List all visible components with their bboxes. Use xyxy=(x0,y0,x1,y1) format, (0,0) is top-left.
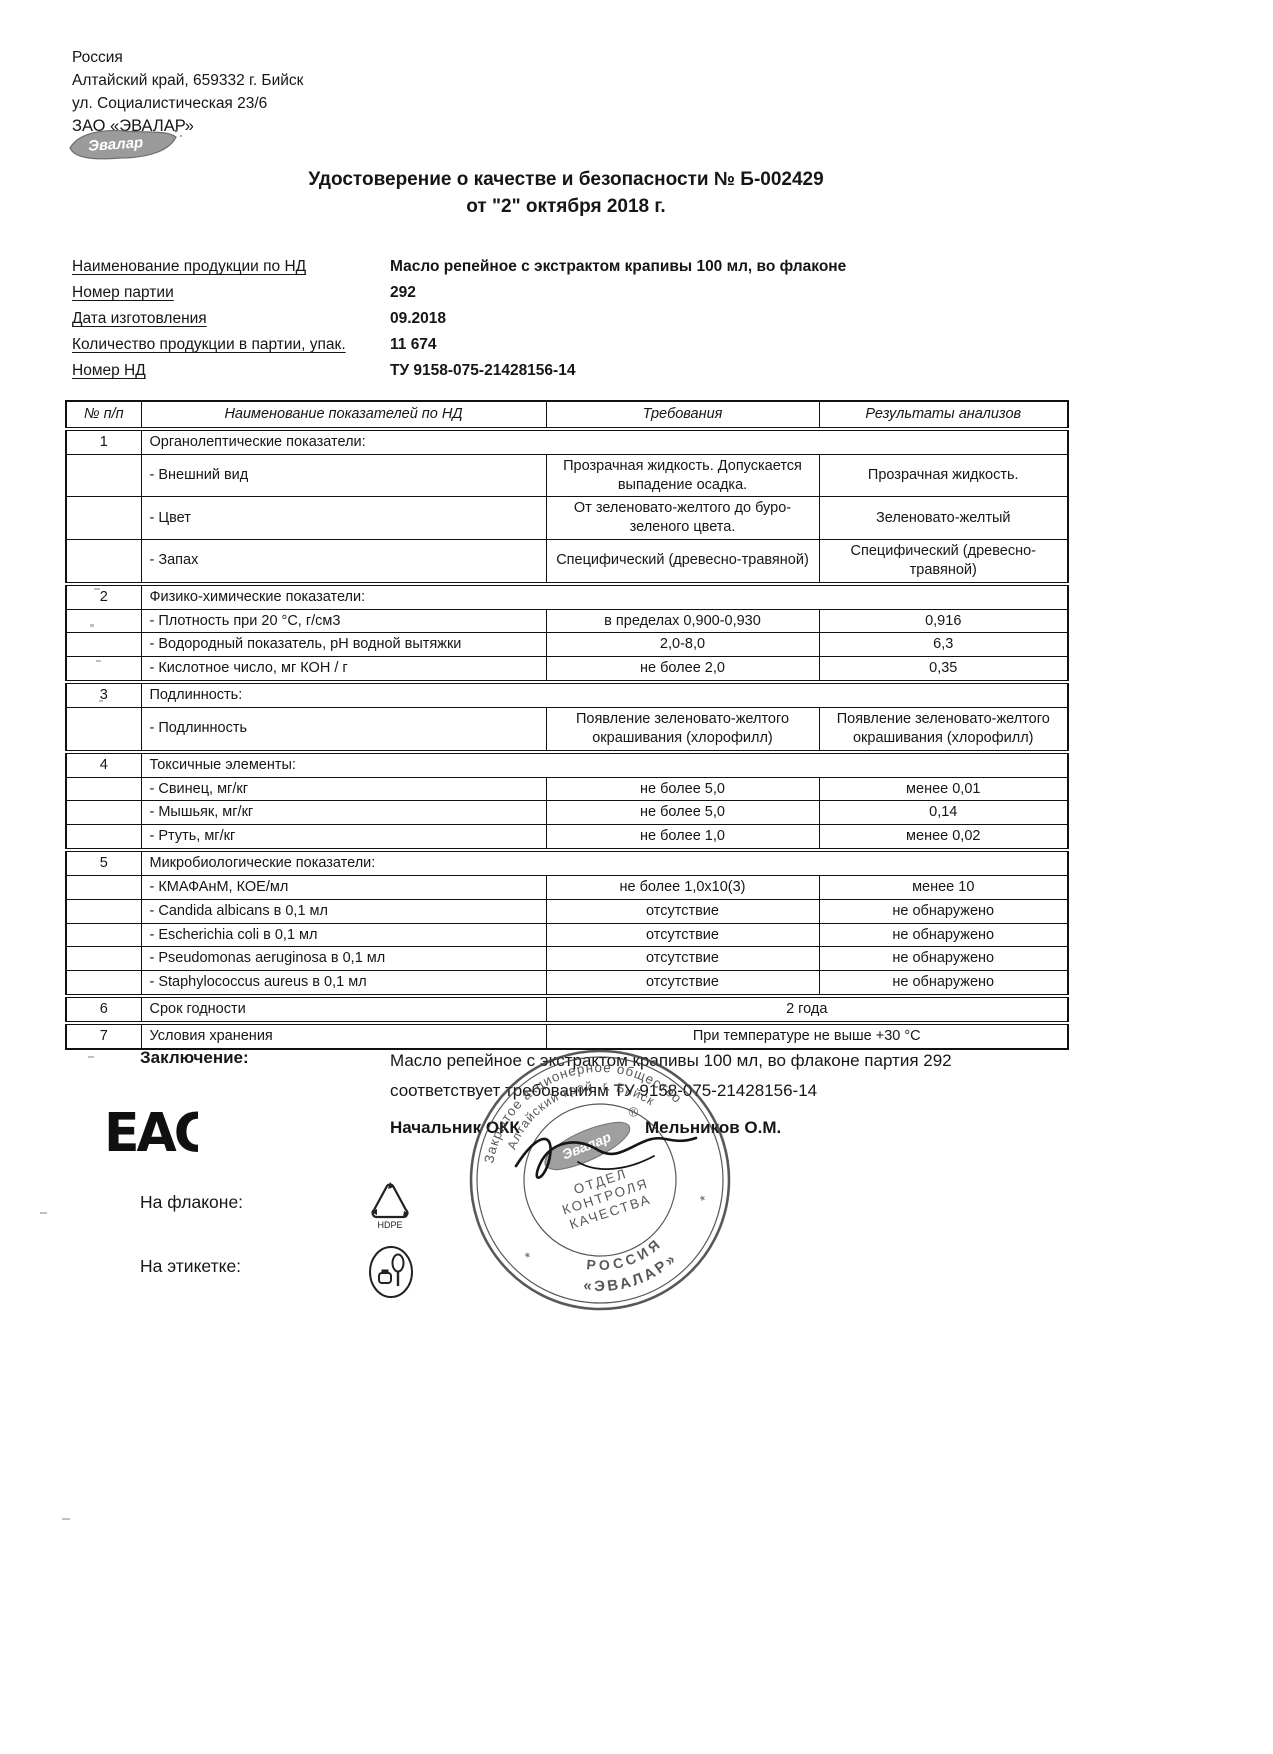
scan-artifact xyxy=(96,660,101,662)
table-section-title: Физико-химические показатели: xyxy=(141,584,1068,609)
signature-icon xyxy=(516,1138,696,1178)
table-cell-num xyxy=(66,707,141,751)
scan-artifact xyxy=(62,1518,70,1520)
table-section-row: 7Условия храненияПри температуре не выше… xyxy=(66,1023,1068,1049)
field-value: 09.2018 xyxy=(390,310,446,328)
table-cell-name: Условия хранения xyxy=(141,1023,546,1049)
field-label: Дата изготовления xyxy=(72,310,207,327)
table-header-row: № п/п Наименование показателей по НД Тре… xyxy=(66,401,1068,429)
table-cell-requirement: в пределах 0,900-0,930 xyxy=(546,609,819,633)
table-section-title: Органолептические показатели: xyxy=(141,429,1068,454)
table-cell-name: - Мышьяк, мг/кг xyxy=(141,801,546,825)
stamp-center-line: КОНТРОЛЯ xyxy=(560,1176,650,1218)
table-cell-num xyxy=(66,454,141,497)
table-cell-num: 2 xyxy=(66,584,141,609)
conclusion-line: Масло репейное с экстрактом крапивы 100 … xyxy=(390,1046,1030,1076)
scan-artifact xyxy=(94,588,100,590)
table-row: - Свинец, мг/кгне более 5,0менее 0,01 xyxy=(66,777,1068,801)
table-cell-name: - КМАФАнМ, КОЕ/мл xyxy=(141,875,546,899)
table-section-row: 4Токсичные элементы: xyxy=(66,752,1068,777)
table-row: - Staphylococcus aureus в 0,1 млотсутств… xyxy=(66,971,1068,996)
document-page: Россия Алтайский край, 659332 г. Бийск у… xyxy=(0,0,1273,1754)
table-cell-name: - Candida albicans в 0,1 мл xyxy=(141,899,546,923)
stamp-star: * xyxy=(523,1248,534,1265)
field-value: 292 xyxy=(390,284,416,302)
field-row: Количество продукции в партии, упак. 11 … xyxy=(72,336,1072,362)
quality-table-body: 1Органолептические показатели:- Внешний … xyxy=(66,429,1068,1049)
table-cell-requirement: не более 1,0x10(3) xyxy=(546,875,819,899)
cosmetics-oval xyxy=(370,1247,412,1297)
eac-mark-text: EAC xyxy=(104,1103,198,1162)
table-section-row: 1Органолептические показатели: xyxy=(66,429,1068,454)
conclusion-text: Масло репейное с экстрактом крапивы 100 … xyxy=(390,1046,1030,1106)
table-cell-result: Зеленовато-желтый xyxy=(819,497,1068,540)
table-cell-result: Специфический (древесно-травяной) xyxy=(819,540,1068,584)
table-row: - Pseudomonas aeruginosa в 0,1 млотсутст… xyxy=(66,947,1068,971)
table-cell-result: 6,3 xyxy=(819,633,1068,657)
table-row: - ЗапахСпецифический (древесно-травяной)… xyxy=(66,540,1068,584)
scan-artifact xyxy=(99,700,103,702)
field-row: Дата изготовления 09.2018 xyxy=(72,310,1072,336)
field-row: Наименование продукции по НД Масло репей… xyxy=(72,258,1072,284)
table-row: - Кислотное число, мг КОН / гне более 2,… xyxy=(66,657,1068,682)
table-cell-num xyxy=(66,875,141,899)
table-cell-num xyxy=(66,825,141,850)
document-date: от "2" октября 2018 г. xyxy=(0,193,1132,220)
field-row: Номер партии 292 xyxy=(72,284,1072,310)
table-cell-requirement: отсутствие xyxy=(546,947,819,971)
table-cell-requirement: Специфический (древесно-травяной) xyxy=(546,540,819,584)
field-label: Количество продукции в партии, упак. xyxy=(72,336,346,353)
table-row: - ЦветОт зеленовато-желтого до буро-зеле… xyxy=(66,497,1068,540)
table-row: - Плотность при 20 °С, г/см3в пределах 0… xyxy=(66,609,1068,633)
table-cell-num xyxy=(66,947,141,971)
table-cell-requirement: Появление зеленовато-желтого окрашивания… xyxy=(546,707,819,751)
table-cell-result: менее 0,02 xyxy=(819,825,1068,850)
bottle-mark-label: На флаконе: xyxy=(140,1192,243,1213)
table-cell-result: Прозрачная жидкость. xyxy=(819,454,1068,497)
table-cell-num xyxy=(66,801,141,825)
hdpe-text: HDPE xyxy=(377,1220,402,1230)
stamp-ring-text: «ЭВАЛАР» xyxy=(578,1247,685,1306)
table-cell-num xyxy=(66,777,141,801)
field-value: Масло репейное с экстрактом крапивы 100 … xyxy=(390,258,846,276)
table-cell-name: - Pseudomonas aeruginosa в 0,1 мл xyxy=(141,947,546,971)
sender-address-block: Россия Алтайский край, 659332 г. Бийск у… xyxy=(72,46,303,138)
table-cell-result: не обнаружено xyxy=(819,947,1068,971)
table-cell-num: 3 xyxy=(66,682,141,707)
address-line-country: Россия xyxy=(72,46,303,69)
table-cell-requirement: не более 5,0 xyxy=(546,777,819,801)
table-cell-num xyxy=(66,923,141,947)
table-cell-name: - Staphylococcus aureus в 0,1 мл xyxy=(141,971,546,996)
table-row: - КМАФАнМ, КОЕ/млне более 1,0x10(3)менее… xyxy=(66,875,1068,899)
jar-lid xyxy=(382,1270,389,1273)
stamp-center-line: КАЧЕСТВА xyxy=(568,1192,653,1233)
table-cell-num xyxy=(66,609,141,633)
stamp-center-line: ОТДЕЛ xyxy=(572,1166,629,1197)
table-cell-num: 6 xyxy=(66,996,141,1023)
field-label: Номер НД xyxy=(72,362,146,379)
stamp-ring-text: РОССИЯ xyxy=(581,1232,668,1281)
table-row: - Мышьяк, мг/кгне более 5,00,14 xyxy=(66,801,1068,825)
field-row: Номер НД ТУ 9158-075-21428156-14 xyxy=(72,362,1072,388)
field-value: ТУ 9158-075-21428156-14 xyxy=(390,362,575,380)
field-label: Номер партии xyxy=(72,284,174,301)
label-mark-label: На этикетке: xyxy=(140,1256,241,1277)
table-cell-name: - Свинец, мг/кг xyxy=(141,777,546,801)
document-title: Удостоверение о качестве и безопасности … xyxy=(0,166,1132,193)
table-cell-result: менее 10 xyxy=(819,875,1068,899)
table-cell-name: - Запах xyxy=(141,540,546,584)
table-section-row: 5Микробиологические показатели: xyxy=(66,850,1068,875)
svg-text:«ЭВАЛАР»: «ЭВАЛАР» xyxy=(578,1247,685,1306)
hdpe-recycling-icon: HDPE xyxy=(366,1178,414,1243)
conclusion-label: Заключение: xyxy=(140,1048,249,1068)
address-line-region: Алтайский край, 659332 г. Бийск xyxy=(72,69,303,92)
product-fields: Наименование продукции по НД Масло репей… xyxy=(72,258,1072,388)
scan-artifact xyxy=(40,1212,47,1214)
table-cell-num xyxy=(66,657,141,682)
table-cell-result: не обнаружено xyxy=(819,923,1068,947)
stamp-logo-flag xyxy=(539,1117,636,1175)
table-cell-num xyxy=(66,971,141,996)
stamp-inner-circle xyxy=(504,1084,696,1276)
field-label: Наименование продукции по НД xyxy=(72,258,306,275)
table-cell-result: 0,916 xyxy=(819,609,1068,633)
table-cell-requirement: Прозрачная жидкость. Допускается выпаден… xyxy=(546,454,819,497)
table-cell-num xyxy=(66,540,141,584)
table-header-cell: Требования xyxy=(546,401,819,429)
field-value: 11 674 xyxy=(390,336,437,354)
quality-table: № п/п Наименование показателей по НД Тре… xyxy=(65,400,1069,1050)
table-cell-result: Появление зеленовато-желтого окрашивания… xyxy=(819,707,1068,751)
table-cell-requirement: От зеленовато-желтого до буро-зеленого ц… xyxy=(546,497,819,540)
table-cell-num: 1 xyxy=(66,429,141,454)
table-cell-requirement: отсутствие xyxy=(546,971,819,996)
table-section-row: 2Физико-химические показатели: xyxy=(66,584,1068,609)
svg-text:РОССИЯ: РОССИЯ xyxy=(581,1232,668,1281)
table-cell-name: - Подлинность xyxy=(141,707,546,751)
signer-name: Мельников О.М. xyxy=(645,1118,781,1138)
signer-role: Начальник ОКК xyxy=(390,1118,520,1138)
table-cell-requirement: 2,0-8,0 xyxy=(546,633,819,657)
document-title-block: Удостоверение о качестве и безопасности … xyxy=(0,166,1132,220)
address-line-street: ул. Социалистическая 23/6 xyxy=(72,92,303,115)
table-row: - ПодлинностьПоявление зеленовато-желтог… xyxy=(66,707,1068,751)
table-cell-name: - Escherichia coli в 0,1 мл xyxy=(141,923,546,947)
table-section-title: Токсичные элементы: xyxy=(141,752,1068,777)
logo-speck xyxy=(175,130,178,133)
table-cell-num xyxy=(66,497,141,540)
table-cell-result: не обнаружено xyxy=(819,971,1068,996)
recycle-triangle xyxy=(373,1185,408,1217)
table-cell-name: - Цвет xyxy=(141,497,546,540)
table-cell-name: - Водородный показатель, pH водной вытяж… xyxy=(141,633,546,657)
table-cell-num: 5 xyxy=(66,850,141,875)
signature-stroke xyxy=(578,1156,654,1169)
table-cell-requirement: не более 1,0 xyxy=(546,825,819,850)
table-cell-requirement: не более 2,0 xyxy=(546,657,819,682)
table-cell-name: Срок годности xyxy=(141,996,546,1023)
table-cell-value: 2 года xyxy=(546,996,1068,1023)
table-header-cell: № п/п xyxy=(66,401,141,429)
table-cell-result: 0,14 xyxy=(819,801,1068,825)
table-cell-name: - Кислотное число, мг КОН / г xyxy=(141,657,546,682)
table-cell-requirement: отсутствие xyxy=(546,923,819,947)
table-row: - Escherichia coli в 0,1 млотсутствиене … xyxy=(66,923,1068,947)
table-section-title: Микробиологические показатели: xyxy=(141,850,1068,875)
mirror-shape xyxy=(393,1255,404,1272)
table-row: - Candida albicans в 0,1 млотсутствиене … xyxy=(66,899,1068,923)
table-cell-name: - Ртуть, мг/кг xyxy=(141,825,546,850)
eac-mark-icon: EAC xyxy=(102,1098,198,1167)
table-section-row: 3Подлинность: xyxy=(66,682,1068,707)
logo-speck xyxy=(180,135,182,137)
table-cell-result: менее 0,01 xyxy=(819,777,1068,801)
table-header-cell: Результаты анализов xyxy=(819,401,1068,429)
table-row: - Внешний видПрозрачная жидкость. Допуск… xyxy=(66,454,1068,497)
stamp-star: * xyxy=(698,1192,709,1209)
table-cell-requirement: отсутствие xyxy=(546,899,819,923)
table-section-row: 6Срок годности2 года xyxy=(66,996,1068,1023)
conclusion-line: соответствует требованиям ТУ 9158-075-21… xyxy=(390,1076,1030,1106)
table-row: - Ртуть, мг/кгне более 1,0менее 0,02 xyxy=(66,825,1068,850)
cosmetics-jar-icon xyxy=(366,1244,416,1305)
stamp-logo-text: Эвалар xyxy=(560,1128,614,1162)
table-cell-name: - Плотность при 20 °С, г/см3 xyxy=(141,609,546,633)
table-cell-result: 0,35 xyxy=(819,657,1068,682)
table-section-title: Подлинность: xyxy=(141,682,1068,707)
scan-artifact xyxy=(88,1056,94,1058)
table-cell-name: - Внешний вид xyxy=(141,454,546,497)
table-cell-value: При температуре не выше +30 °С xyxy=(546,1023,1068,1049)
scan-artifact xyxy=(90,624,94,627)
table-cell-requirement: не более 5,0 xyxy=(546,801,819,825)
jar-shape xyxy=(379,1273,391,1283)
table-cell-num: 4 xyxy=(66,752,141,777)
table-cell-result: не обнаружено xyxy=(819,899,1068,923)
table-header-cell: Наименование показателей по НД xyxy=(141,401,546,429)
table-row: - Водородный показатель, pH водной вытяж… xyxy=(66,633,1068,657)
table-cell-num xyxy=(66,633,141,657)
table-cell-num: 7 xyxy=(66,1023,141,1049)
table-cell-num xyxy=(66,899,141,923)
